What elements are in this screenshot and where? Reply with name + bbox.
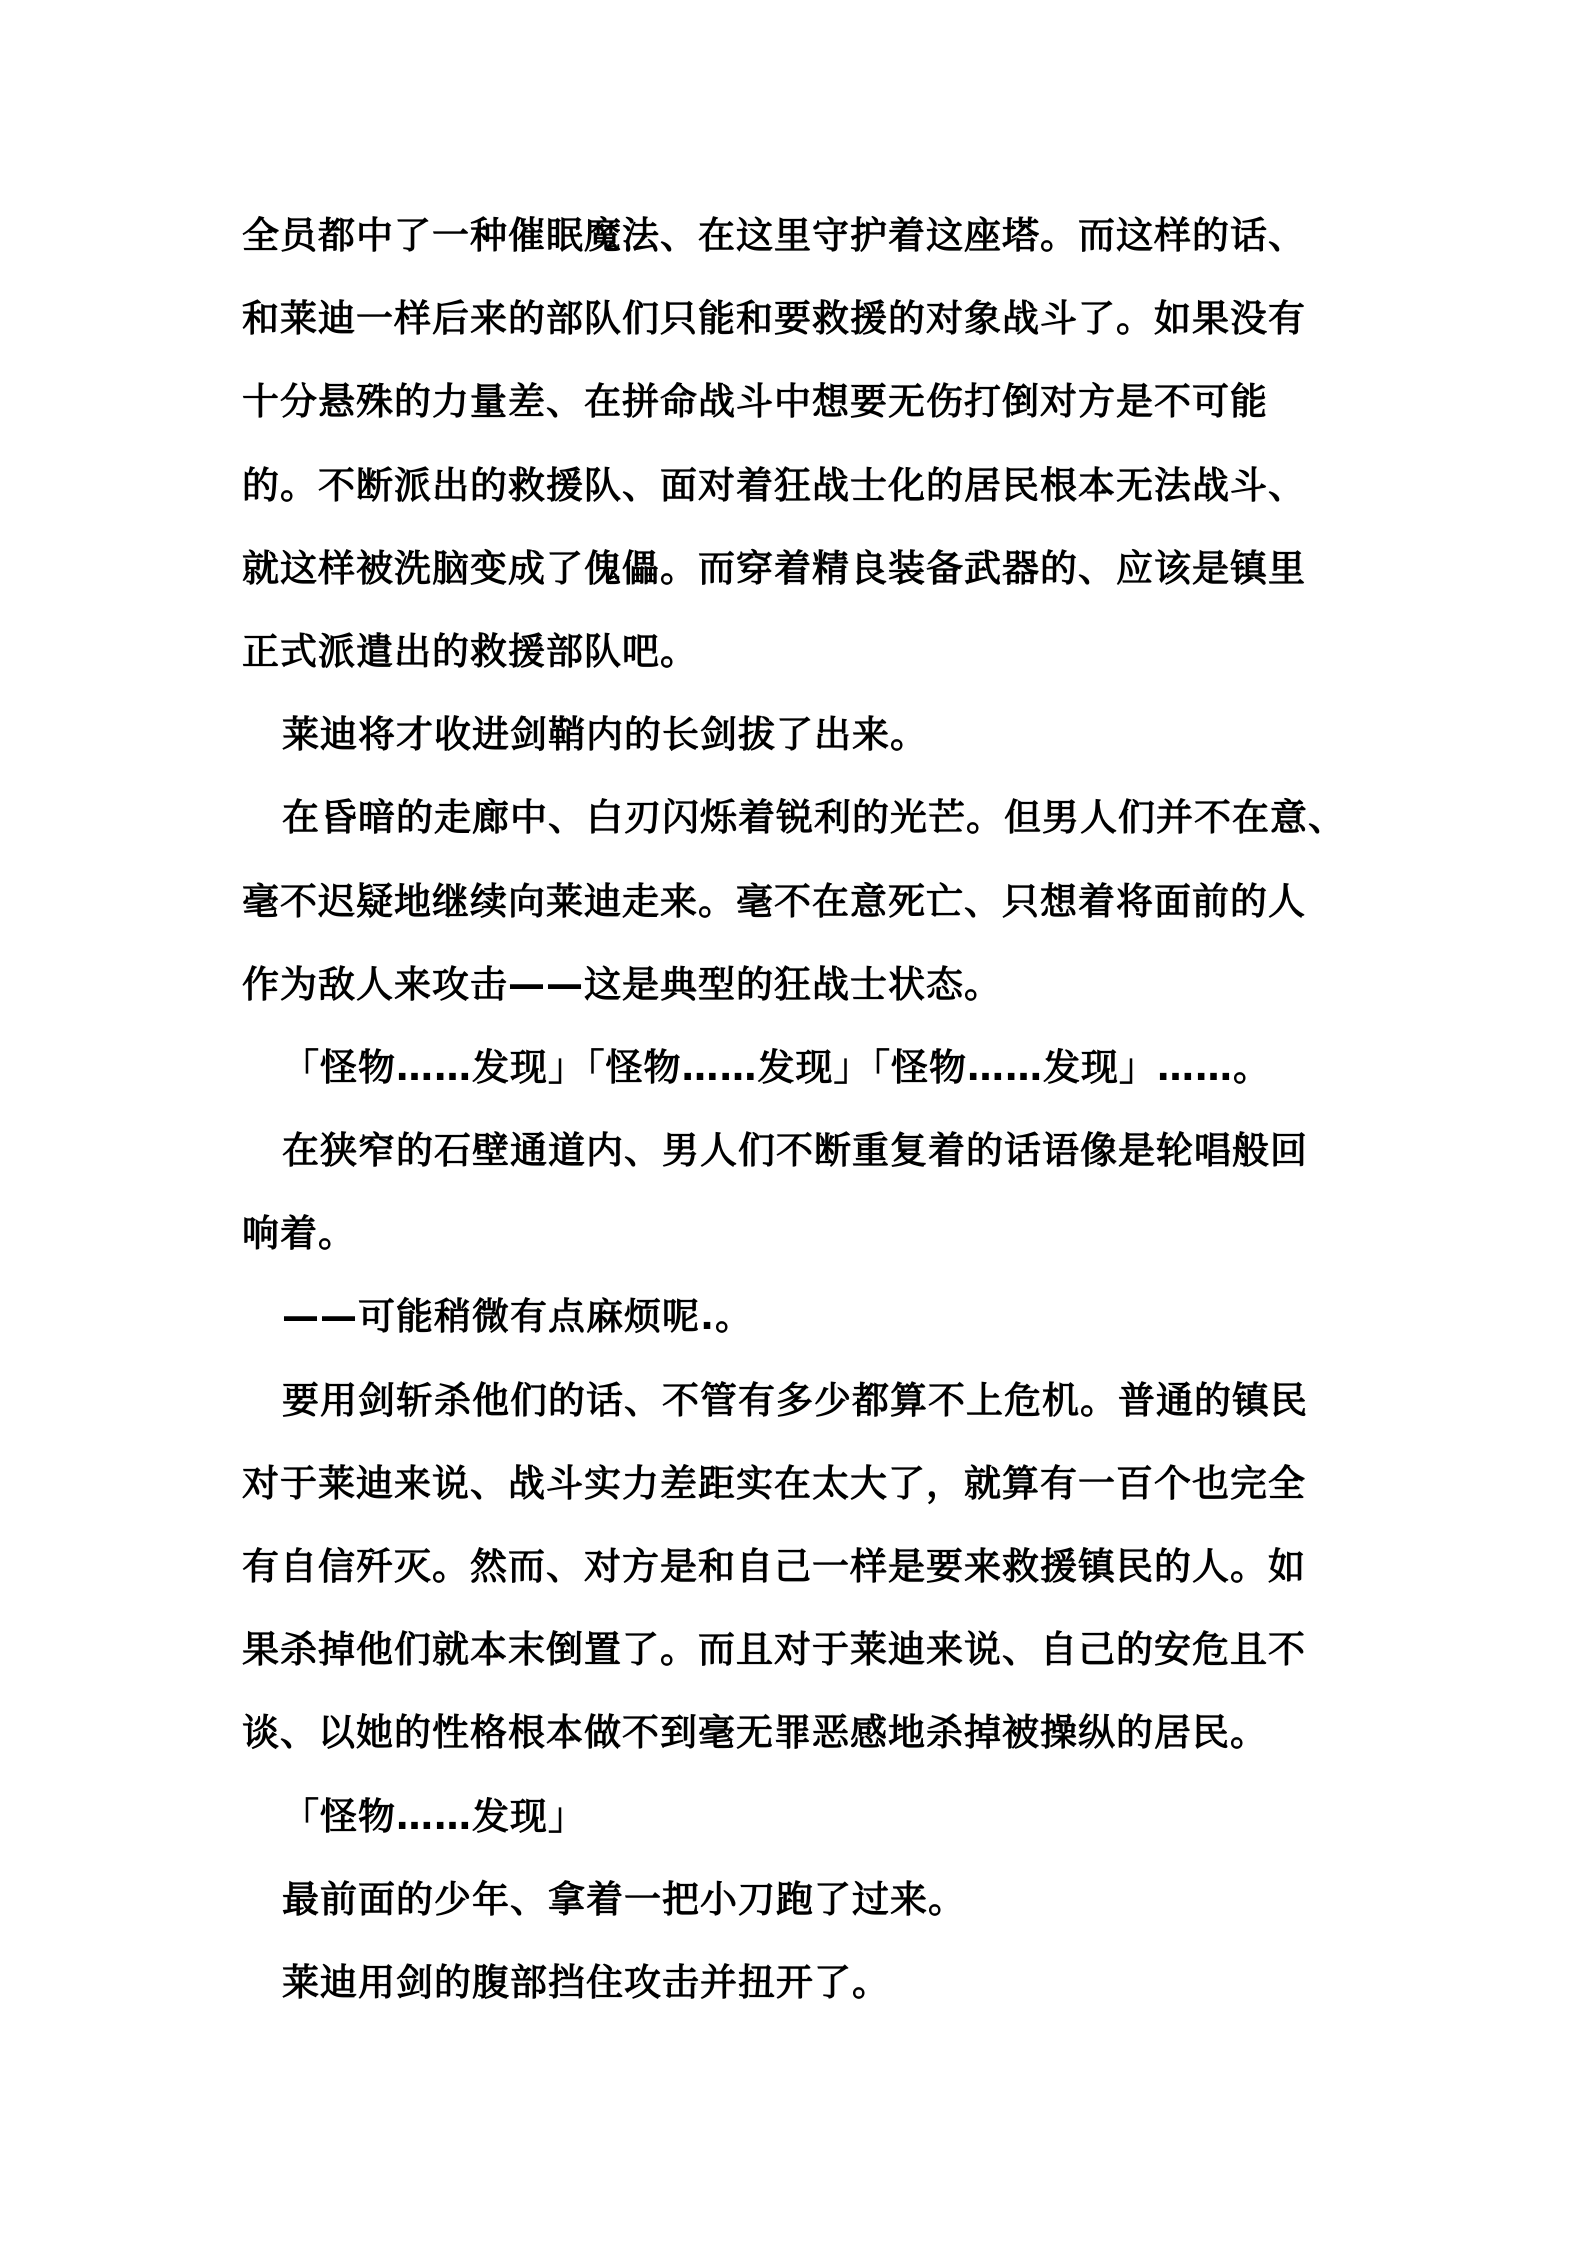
document-page: 全员都中了一种催眠魔法、在这里守护着这座塔。而这样的话、 和莱迪一样后来的部队们… <box>242 206 1352 2036</box>
text-line: 全员都中了一种催眠魔法、在这里守护着这座塔。而这样的话、 <box>242 206 1352 289</box>
text-line: 和莱迪一样后来的部队们只能和要救援的对象战斗了。如果没有 <box>242 289 1352 372</box>
text-line: 有自信歼灭。然而、对方是和自己一样是要来救援镇民的人。如 <box>242 1537 1352 1620</box>
paragraph-start-line: 在狭窄的石壁通道内、男人们不断重复着的话语像是轮唱般回 <box>242 1121 1352 1204</box>
text-line: 谈、以她的性格根本做不到毫无罪恶感地杀掉被操纵的居民。 <box>242 1703 1352 1786</box>
text-line: 毫不迟疑地继续向莱迪走来。毫不在意死亡、只想着将面前的人 <box>242 872 1352 955</box>
paragraph-start-line: 莱迪将才收进剑鞘内的长剑拔了出来。 <box>242 705 1352 788</box>
paragraph-start-line: 莱迪用剑的腹部挡住攻击并扭开了。 <box>242 1953 1352 2036</box>
text-line: 就这样被洗脑变成了傀儡。而穿着精良装备武器的、应该是镇里 <box>242 539 1352 622</box>
text-line: 的。不断派出的救援队、面对着狂战士化的居民根本无法战斗、 <box>242 456 1352 539</box>
paragraph-start-line: 最前面的少年、拿着一把小刀跑了过来。 <box>242 1870 1352 1953</box>
dialogue-line: 「怪物……发现」「怪物……发现」「怪物……发现」……。 <box>242 1038 1352 1121</box>
text-line: 果杀掉他们就本末倒置了。而且对于莱迪来说、自己的安危且不 <box>242 1620 1352 1703</box>
text-line: 响着。 <box>242 1204 1352 1287</box>
text-line: 作为敌人来攻击——这是典型的狂战士状态。 <box>242 955 1352 1038</box>
text-line: 十分悬殊的力量差、在拼命战斗中想要无伤打倒对方是不可能 <box>242 372 1352 455</box>
text-line: 对于莱迪来说、战斗实力差距实在太大了，就算有一百个也完全 <box>242 1454 1352 1537</box>
paragraph-start-line: 要用剑斩杀他们的话、不管有多少都算不上危机。普通的镇民 <box>242 1371 1352 1454</box>
text-line: 正式派遣出的救援部队吧。 <box>242 622 1352 705</box>
thought-line: ——可能稍微有点麻烦呢.。 <box>242 1287 1352 1370</box>
dialogue-line: 「怪物……发现」 <box>242 1787 1352 1870</box>
paragraph-start-line: 在昏暗的走廊中、白刃闪烁着锐利的光芒。但男人们并不在意、 <box>242 788 1352 871</box>
